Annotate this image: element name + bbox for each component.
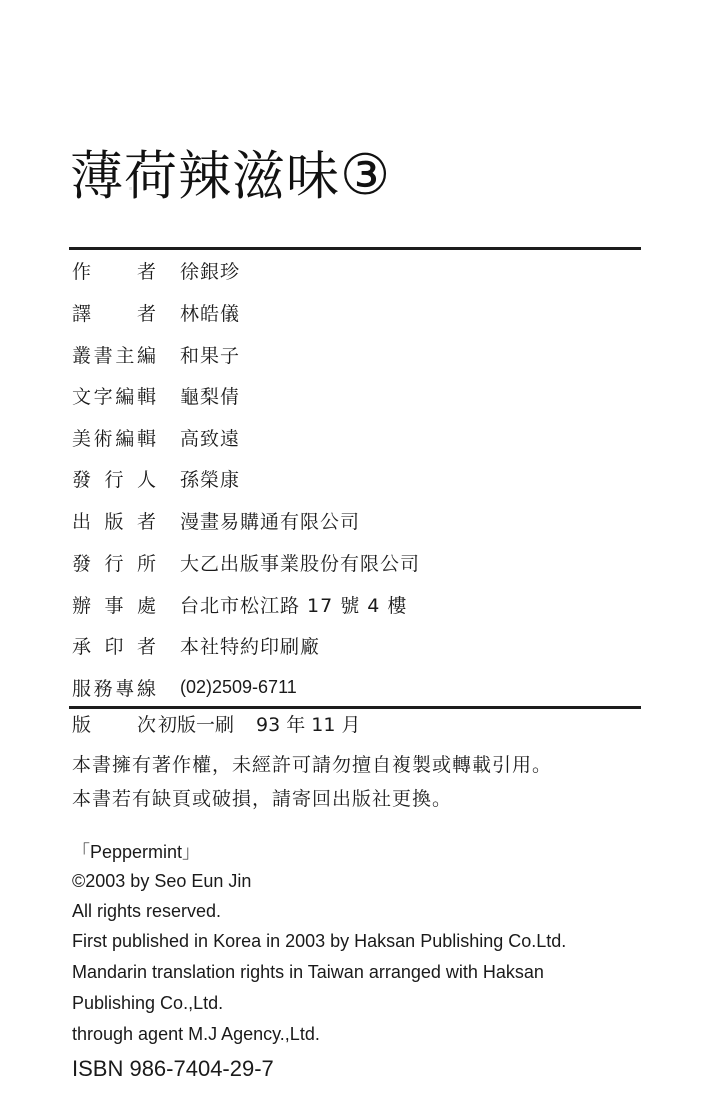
credit-row-publisher-person: 發行人 孫榮康: [72, 463, 240, 493]
first-published: First published in Korea in 2003 by Haks…: [72, 929, 566, 953]
credit-row-distributor: 發行所 大乙出版事業股份有限公司: [72, 547, 420, 577]
book-title-text: 薄荷辣滋味: [70, 146, 340, 207]
translation-rights: Mandarin translation rights in Taiwan ar…: [72, 960, 544, 984]
credit-label: 發行所: [72, 549, 156, 576]
credit-label: 辦事處: [72, 591, 156, 618]
credit-value: 大乙出版事業股份有限公司: [180, 549, 420, 576]
translation-rights-cont: Publishing Co.,Ltd.: [72, 991, 223, 1015]
book-title: 薄荷辣滋味③: [70, 144, 391, 209]
isbn: ISBN 986-7404-29-7: [72, 1055, 274, 1083]
credit-label: 承印者: [72, 632, 156, 659]
top-divider: [69, 247, 641, 250]
credit-row-office-address: 辦事處 台北市松江路 17 號 4 樓: [72, 589, 407, 619]
edition-label: 版次: [72, 710, 156, 737]
rights-reserved: All rights reserved.: [72, 899, 221, 923]
credit-value: 本社特約印刷廠: [180, 632, 320, 659]
credit-value: 高致遠: [180, 424, 240, 451]
credit-row-art-editor: 美術編輯 高致遠: [72, 422, 240, 452]
credit-label: 發行人: [72, 465, 156, 492]
credit-label: 出版者: [72, 507, 156, 534]
volume-number: ③: [340, 143, 391, 208]
credit-label: 叢書主編: [72, 341, 156, 368]
credit-value: 徐銀珍: [180, 257, 240, 284]
credit-value: 台北市松江路 17 號 4 樓: [180, 591, 407, 618]
credit-value: 龜梨倩: [180, 382, 240, 409]
edition-value: 初版一刷: [158, 710, 234, 737]
credit-row-series-editor: 叢書主編 和果子: [72, 339, 240, 369]
credit-label: 作者: [72, 257, 156, 284]
credit-value: 孫榮康: [180, 465, 240, 492]
credit-row-author: 作者 徐銀珍: [72, 255, 240, 285]
credit-value: 和果子: [180, 341, 240, 368]
copyright-line: ©2003 by Seo Eun Jin: [72, 869, 251, 893]
scan-speck: [129, 187, 132, 190]
credit-row-publisher: 出版者 漫畫易購通有限公司: [72, 505, 360, 535]
credit-row-service-line: 服務專線 (02)2509-6711: [72, 672, 297, 702]
agency-line: through agent M.J Agency.,Ltd.: [72, 1022, 320, 1046]
credit-label: 文字編輯: [72, 382, 156, 409]
copyright-notice: 本書擁有著作權，未經許可請勿擅自複製或轉載引用。: [72, 752, 552, 778]
edition-date: 93 年 11 月: [256, 710, 360, 737]
credit-value: 漫畫易購通有限公司: [180, 507, 360, 534]
original-title: 「Peppermint」: [72, 840, 200, 864]
credit-value: (02)2509-6711: [180, 677, 297, 698]
credit-label: 譯者: [72, 299, 156, 326]
credit-label: 服務專線: [72, 674, 156, 701]
credit-value: 林皓儀: [180, 299, 240, 326]
credit-row-printer: 承印者 本社特約印刷廠: [72, 630, 320, 660]
credit-row-translator: 譯者 林皓儀: [72, 297, 240, 327]
credit-label: 美術編輯: [72, 424, 156, 451]
credit-row-text-editor: 文字編輯 龜梨倩: [72, 380, 240, 410]
replacement-notice: 本書若有缺頁或破損，請寄回出版社更換。: [72, 786, 452, 812]
edition-row: 版次 初版一刷 93 年 11 月: [72, 708, 361, 738]
